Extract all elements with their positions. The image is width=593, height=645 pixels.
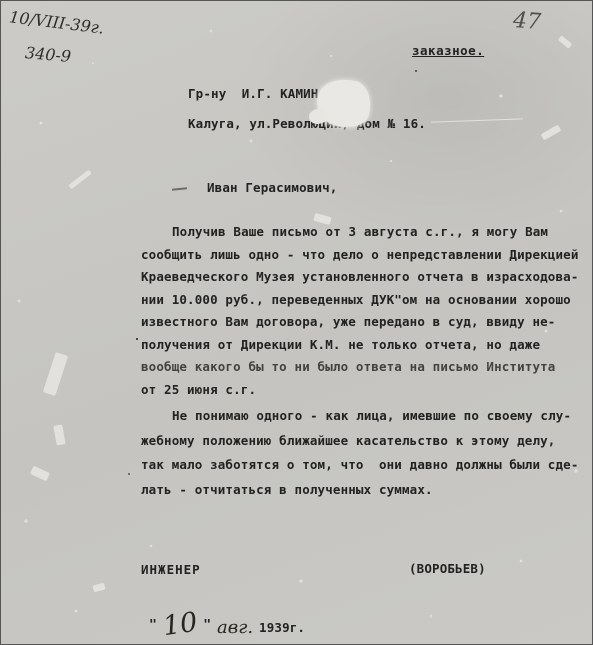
- pencil-dash-mark: [172, 187, 187, 191]
- scratch-mark: [53, 424, 65, 445]
- salutation: Иван Герасимович,: [207, 180, 338, 195]
- body-paragraph-1: Получив Ваше письмо от 3 августа с.г., я…: [141, 221, 586, 401]
- typed-year: 1939г.: [259, 620, 305, 635]
- handwritten-file-number: 340-9: [24, 43, 72, 66]
- recipient-name-line: Гр-ну И.Г. КАМИНСКОМУ: [188, 87, 426, 100]
- body-line: так мало заботятся о том, что они давно …: [141, 453, 586, 478]
- scanned-letter-page: 10/VIII-39г. 340-9 47 заказное. Гр-ну И.…: [0, 0, 593, 645]
- handwritten-date-note: 10/VIII-39г.: [8, 7, 105, 37]
- scratch-mark: [558, 35, 573, 49]
- body-line: жебному положению ближайшее касательство…: [141, 429, 586, 454]
- body-line: получения от Дирекции К.М. не только отч…: [141, 334, 586, 357]
- date-line: " 10 " авг. 1939г.: [149, 609, 305, 640]
- date-open-quote: ": [149, 618, 157, 633]
- scratch-mark: [43, 352, 68, 396]
- scratch-mark: [431, 118, 523, 122]
- body-line: от 25 июня с.г.: [141, 379, 586, 402]
- handwritten-day: 10: [161, 607, 199, 642]
- recipient-street-line: Калуга, ул.Революции, дом № 16.: [188, 117, 426, 130]
- body-line: известного Вам договора, уже передано в …: [141, 311, 586, 334]
- handwritten-page-number: 47: [512, 8, 542, 35]
- body-paragraph-2: Не понимаю одного - как лица, имевшие по…: [141, 404, 586, 503]
- body-line: вообще какого бы то ни было ответа на пи…: [141, 356, 586, 379]
- body-line: Не понимаю одного - как лица, имевшие по…: [141, 404, 586, 429]
- body-line: лать - отчитаться в полученных суммах.: [141, 478, 586, 503]
- scratch-mark: [92, 583, 105, 593]
- body-line: Краеведческого Музея установленного отче…: [141, 266, 586, 289]
- handwritten-month: авг.: [217, 617, 253, 638]
- signature-name: (ВОРОБЬЕВ): [409, 561, 486, 576]
- recipient-address-block: Гр-ну И.Г. КАМИНСКОМУ Калуга, ул.Революц…: [188, 87, 426, 147]
- body-line: нии 10.000 руб., переведенных ДУК"ом на …: [141, 289, 586, 312]
- body-line: сообщить лишь одно - что дело о непредст…: [141, 244, 586, 267]
- mail-type-label: заказное.: [412, 43, 484, 58]
- scratch-mark: [68, 170, 92, 190]
- body-line: Получив Ваше письмо от 3 августа с.г., я…: [141, 221, 586, 244]
- date-close-quote: ": [203, 618, 211, 633]
- scratch-mark: [30, 466, 50, 482]
- scratch-mark: [541, 124, 562, 140]
- signature-title: ИНЖЕНЕР: [141, 562, 201, 577]
